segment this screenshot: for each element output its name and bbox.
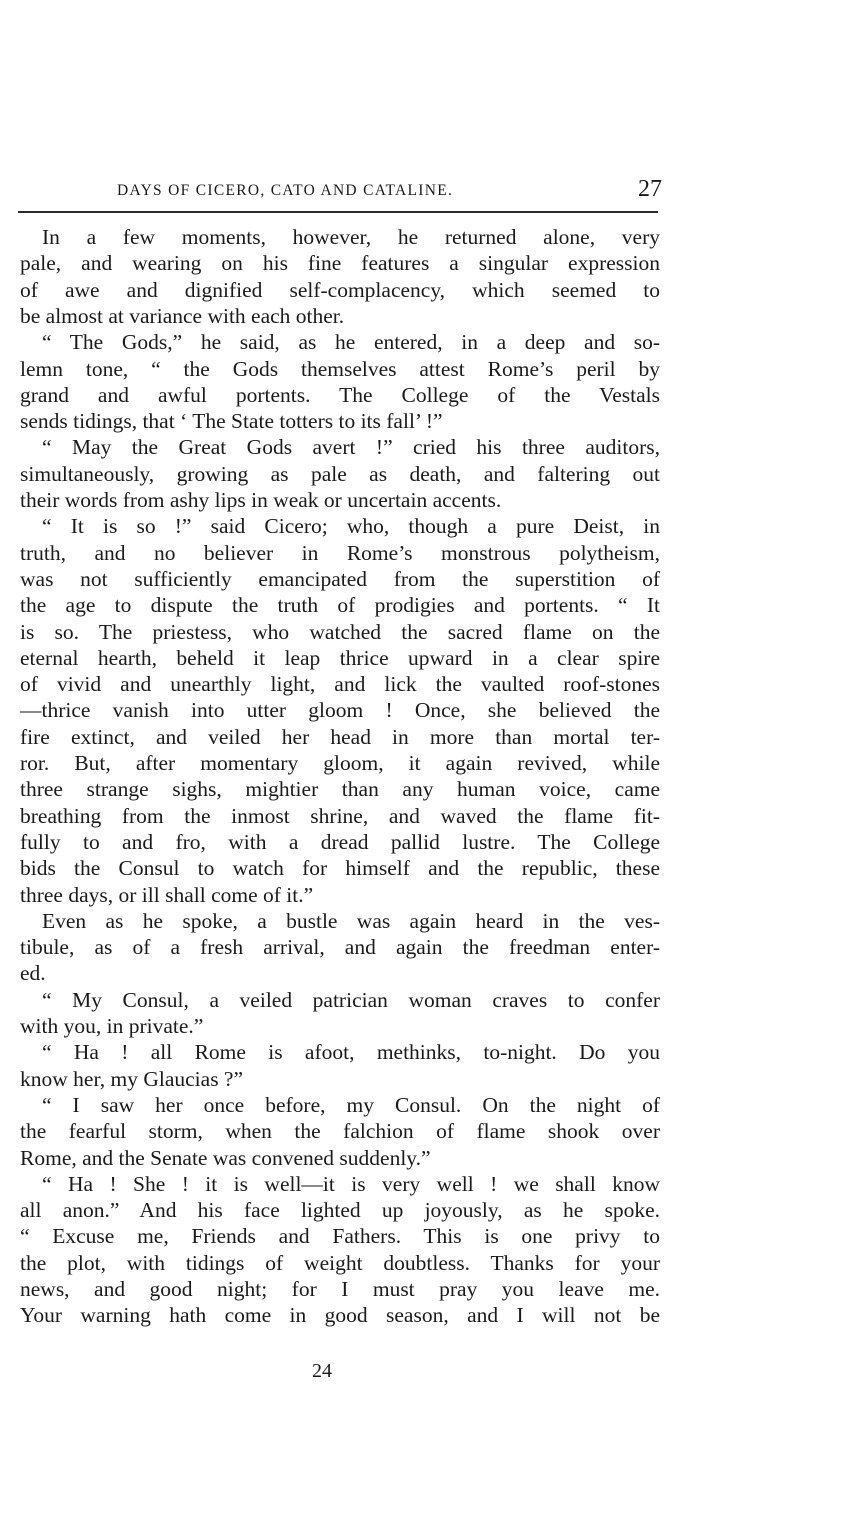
text-line: “ The Gods,” he said, as he entered, in … [42, 329, 660, 355]
signature-mark: 24 [312, 1360, 332, 1383]
text-line: eternal hearth, beheld it leap thrice up… [20, 645, 660, 671]
text-line: “ Ha ! She ! it is well—it is very well … [42, 1171, 660, 1197]
text-line: pale, and wearing on his fine features a… [20, 250, 660, 276]
text-line: Rome, and the Senate was convened sudden… [20, 1145, 660, 1171]
text-line: “ Ha ! all Rome is afoot, methinks, to-n… [42, 1039, 660, 1065]
text-line: of awe and dignified self-complacency, w… [20, 277, 660, 303]
header-rule [18, 211, 658, 213]
text-line: the plot, with tidings of weight doubtle… [20, 1250, 660, 1276]
text-line: their words from ashy lips in weak or un… [20, 487, 660, 513]
text-line: tibule, as of a fresh arrival, and again… [20, 934, 660, 960]
text-line: three strange sighs, mightier than any h… [20, 776, 660, 802]
text-line: fire extinct, and veiled her head in mor… [20, 724, 660, 750]
text-line: Your warning hath come in good season, a… [20, 1302, 660, 1328]
text-line: “ My Consul, a veiled patrician woman cr… [42, 987, 660, 1013]
text-line: is so. The priestess, who watched the sa… [20, 619, 660, 645]
text-line: truth, and no believer in Rome’s monstro… [20, 540, 660, 566]
text-line: all anon.” And his face lighted up joyou… [20, 1197, 660, 1223]
book-page: Days of Cicero, Cato and Cataline. 27 In… [0, 0, 848, 1525]
text-line: the age to dispute the truth of prodigie… [20, 592, 660, 618]
text-line: know her, my Glaucias ?” [20, 1066, 660, 1092]
page-number: 27 [638, 176, 662, 203]
text-line: grand and awful portents. The College of… [20, 382, 660, 408]
text-line: lemn tone, “ the Gods themselves attest … [20, 356, 660, 382]
text-line: of vivid and unearthly light, and lick t… [20, 671, 660, 697]
text-line: simultaneously, growing as pale as death… [20, 461, 660, 487]
text-line: three days, or ill shall come of it.” [20, 882, 660, 908]
text-line: “ It is so !” said Cicero; who, though a… [42, 513, 660, 539]
text-line: ror. But, after momentary gloom, it agai… [20, 750, 660, 776]
text-line: “ I saw her once before, my Consul. On t… [42, 1092, 660, 1118]
text-line: the fearful storm, when the falchion of … [20, 1118, 660, 1144]
text-line: ed. [20, 960, 660, 986]
text-line: news, and good night; for I must pray yo… [20, 1276, 660, 1302]
running-head: Days of Cicero, Cato and Cataline. 27 [20, 176, 660, 206]
text-line: breathing from the inmost shrine, and wa… [20, 803, 660, 829]
text-line: bids the Consul to watch for himself and… [20, 855, 660, 881]
text-line: Even as he spoke, a bustle was again hea… [42, 908, 660, 934]
text-line: “ May the Great Gods avert !” cried his … [42, 434, 660, 460]
text-line: was not sufficiently emancipated from th… [20, 566, 660, 592]
text-line: be almost at variance with each other. [20, 303, 660, 329]
text-line: “ Excuse me, Friends and Fathers. This i… [20, 1223, 660, 1249]
text-line: with you, in private.” [20, 1013, 660, 1039]
text-line: fully to and fro, with a dread pallid lu… [20, 829, 660, 855]
text-line: sends tidings, that ‘ The State totters … [20, 408, 660, 434]
text-line: In a few moments, however, he returned a… [42, 224, 660, 250]
running-title: Days of Cicero, Cato and Cataline. [117, 182, 453, 200]
text-line: —thrice vanish into utter gloom ! Once, … [20, 697, 660, 723]
